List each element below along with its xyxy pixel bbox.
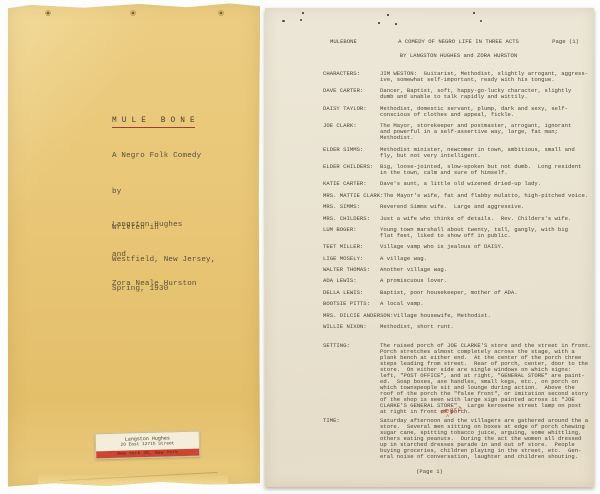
pin-hole bbox=[480, 20, 482, 22]
row-description: Dancer, Baptist, soft, happy-go-lucky ch… bbox=[380, 88, 571, 100]
row-label: MRS. DILCIE ANDERSON: bbox=[323, 313, 394, 319]
cover-location: Westfield, New Jersey, bbox=[112, 256, 215, 265]
row-description: JIM WESTON: Guitarist, Methodist, slight… bbox=[380, 71, 588, 83]
row-label: ELDER CHILDERS: bbox=[323, 164, 380, 176]
character-row: ADA LEWIS: A promiscuous lover. bbox=[323, 278, 593, 284]
pin-hole bbox=[302, 12, 304, 14]
pin-hole bbox=[378, 22, 380, 24]
row-label: DAISY TAYLOR: bbox=[323, 106, 380, 118]
row-description: Methodist, domestic servant, plump, dark… bbox=[380, 106, 568, 118]
cover-date: Spring, 1930 bbox=[112, 285, 215, 294]
punch-hole bbox=[218, 10, 224, 16]
row-label: CHARACTERS: bbox=[323, 71, 380, 83]
cover-page: M U L E B O N E A Negro Folk Comedy by L… bbox=[8, 3, 260, 488]
setting-description: The raised porch of JOE CLARKE'S store a… bbox=[380, 343, 591, 415]
character-row: MRS. CHILDERS: Just a wife who thinks of… bbox=[323, 216, 593, 222]
row-description: Just a wife who thinks of details. Rev. … bbox=[380, 216, 571, 222]
row-description: Reverend Simms wife. Large and aggressiv… bbox=[380, 204, 524, 210]
page-number: Page (1) bbox=[552, 39, 579, 45]
character-row: ELDER CHILDERS: Big, loose-jointed, slow… bbox=[323, 164, 593, 176]
row-label: ADA LEWIS: bbox=[323, 278, 380, 284]
row-description: Methodist, short runt. bbox=[380, 324, 454, 330]
pin-hole bbox=[387, 14, 389, 16]
row-label: WILLIE NIXON: bbox=[323, 324, 380, 330]
row-label: LUM BOGER: bbox=[323, 227, 380, 239]
character-row: MRS. DILCIE ANDERSON: Village housewife,… bbox=[323, 313, 593, 319]
row-label: DAVE CARTER: bbox=[323, 88, 380, 100]
setting-section: SETTING: The raised porch of JOE CLARKE'… bbox=[323, 343, 593, 415]
character-list: CHARACTERS: JIM WESTON: Guitarist, Metho… bbox=[323, 71, 593, 335]
row-description: Big, loose-jointed, slow-spoken but not … bbox=[380, 164, 581, 176]
row-label: JOE CLARK: bbox=[323, 123, 380, 141]
cover-by: by bbox=[112, 188, 201, 197]
row-label: MRS. SIMMS: bbox=[323, 204, 380, 210]
row-label: ELDER SIMMS: bbox=[323, 147, 380, 159]
row-description: Dave's aunt, a little old wizened dried-… bbox=[380, 181, 541, 187]
cover-subtitle: A Negro Folk Comedy bbox=[112, 152, 201, 161]
row-description: A village wag. bbox=[380, 256, 427, 262]
character-row: DAISY TAYLOR: Methodist, domestic servan… bbox=[323, 106, 593, 118]
row-description: Baptist, poor housekeeper, mother of ADA… bbox=[380, 290, 518, 296]
setting-label: SETTING: bbox=[323, 343, 380, 415]
pin-hole bbox=[282, 20, 285, 22]
row-label: BOOTSIE PITTS: bbox=[323, 301, 380, 307]
time-description: Saturday afternoon and the villagers are… bbox=[380, 418, 588, 460]
character-row: DELLA LEWIS: Baptist, poor housekeeper, … bbox=[323, 290, 593, 296]
cover-title: M U L E B O N E bbox=[112, 117, 195, 128]
row-label: KATIE CARTER: bbox=[323, 181, 380, 187]
row-description: Methodist minister, newcomer in town, am… bbox=[380, 147, 575, 159]
row-label: TEET MILLER: bbox=[323, 244, 380, 250]
insertion-caret: ^ bbox=[446, 414, 449, 420]
character-row: MRS. MATTIE CLARK: The Mayor's wife, fat… bbox=[323, 193, 593, 199]
row-description: Village vamp who is jealous of DAISY. bbox=[380, 244, 504, 250]
time-label: TIME: bbox=[323, 418, 380, 460]
character-row: MRS. SIMMS: Reverend Simms wife. Large a… bbox=[323, 204, 593, 210]
row-description: Another village wag. bbox=[380, 267, 447, 273]
pin-hole bbox=[395, 23, 397, 25]
row-description: The Mayor's wife, fat and flabby mulatto… bbox=[383, 193, 588, 199]
row-description: The Mayor, storekeeper and postmaster, a… bbox=[380, 123, 571, 141]
character-row: JOE CLARK: The Mayor, storekeeper and po… bbox=[323, 123, 593, 141]
paper-fold bbox=[38, 474, 228, 488]
punch-hole bbox=[45, 10, 51, 16]
address-label: Langston Hughes 20 East 127th Street New… bbox=[95, 431, 201, 459]
row-label: LIGE MOSELY: bbox=[323, 256, 380, 262]
character-row: TEET MILLER: Village vamp who is jealous… bbox=[323, 244, 593, 250]
character-row: DAVE CARTER: Dancer, Baptist, soft, happ… bbox=[323, 88, 593, 100]
row-description: A local vamp. bbox=[380, 301, 424, 307]
character-row: WILLIE NIXON: Methodist, short runt. bbox=[323, 324, 593, 330]
character-row: LUM BOGER: Young town marshall about twe… bbox=[323, 227, 593, 239]
cover-written-in: Written in bbox=[112, 224, 215, 233]
character-row: ELDER SIMMS: Methodist minister, newcome… bbox=[323, 147, 593, 159]
row-description: A promiscuous lover. bbox=[380, 278, 447, 284]
pin-hole bbox=[300, 19, 302, 21]
row-label: DELLA LEWIS: bbox=[323, 290, 380, 296]
row-label: WALTER THOMAS: bbox=[323, 267, 380, 273]
typescript-page: MULEBONE A COMEDY OF NEGRO LIFE IN THREE… bbox=[265, 8, 594, 487]
time-section: TIME: Saturday afternoon and the village… bbox=[323, 418, 593, 460]
page-footer: (Page 1) bbox=[265, 469, 594, 475]
cover-provenance-block: Written in Westfield, New Jersey, Spring… bbox=[112, 206, 215, 312]
address-label-city: New York 35, New York bbox=[96, 448, 199, 458]
page-byline: BY LANGSTON HUGHES and ZORA HURSTON bbox=[325, 53, 592, 59]
character-row: BOOTSIE PITTS: A local vamp. bbox=[323, 301, 593, 307]
character-row: WALTER THOMAS: Another village wag. bbox=[323, 267, 593, 273]
punch-hole bbox=[130, 10, 136, 16]
row-description: Village housewife, Methodist. bbox=[394, 313, 491, 319]
character-row: CHARACTERS: JIM WESTON: Guitarist, Metho… bbox=[323, 71, 593, 83]
character-row: KATIE CARTER: Dave's aunt, a little old … bbox=[323, 181, 593, 187]
character-row: LIGE MOSELY: A village wag. bbox=[323, 256, 593, 262]
row-label: MRS. MATTIE CLARK: bbox=[323, 193, 383, 199]
row-label: MRS. CHILDERS: bbox=[323, 216, 380, 222]
manuscript-scan: M U L E B O N E A Negro Folk Comedy by L… bbox=[0, 0, 600, 494]
pin-hole bbox=[473, 12, 475, 14]
row-description: Young town marshall about twenty, tall, … bbox=[380, 227, 568, 239]
